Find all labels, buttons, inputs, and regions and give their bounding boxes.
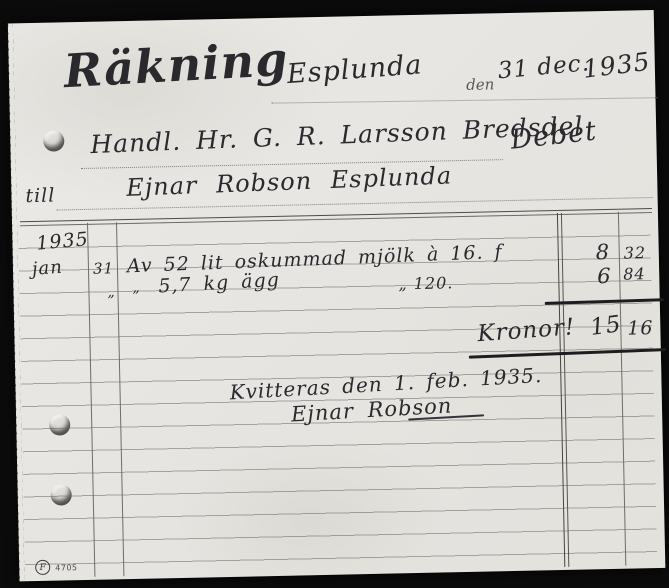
row1-month: jan [31, 259, 63, 279]
row1-ore: 32 [624, 245, 647, 261]
den-label: den [466, 77, 494, 93]
invoice-year: 1935 [582, 49, 652, 82]
till-label: till [25, 187, 55, 207]
invoice-title: Räkning [63, 36, 290, 94]
row2-ditto: „ [132, 281, 141, 295]
ledger-year: 1935 [36, 230, 90, 254]
debet-label: Debet [509, 117, 598, 153]
place-name: Esplunda [286, 51, 423, 88]
total-ore: 16 [627, 319, 654, 339]
row1-day: 31 [93, 261, 114, 276]
invoice-date: 31 dec. [497, 52, 591, 83]
creditor-line: Ejnar Robson Esplunda [126, 163, 453, 199]
row2-ore: 84 [623, 266, 646, 282]
invoice-paper: Räkning Esplunda den 31 dec. 1935 Handl.… [8, 10, 666, 581]
row2-kronor: 6 [597, 266, 612, 287]
row2-price: „ 120. [398, 275, 453, 292]
row1-kronor: 8 [596, 242, 611, 263]
total-kronor: 15 [589, 313, 623, 340]
punch-hole-top [43, 130, 64, 151]
printer-mark-glyph: F [39, 562, 45, 572]
date-rule [272, 97, 658, 103]
row2-day-ditto: „ [107, 285, 116, 299]
printer-mark-number: 4705 [55, 563, 78, 572]
